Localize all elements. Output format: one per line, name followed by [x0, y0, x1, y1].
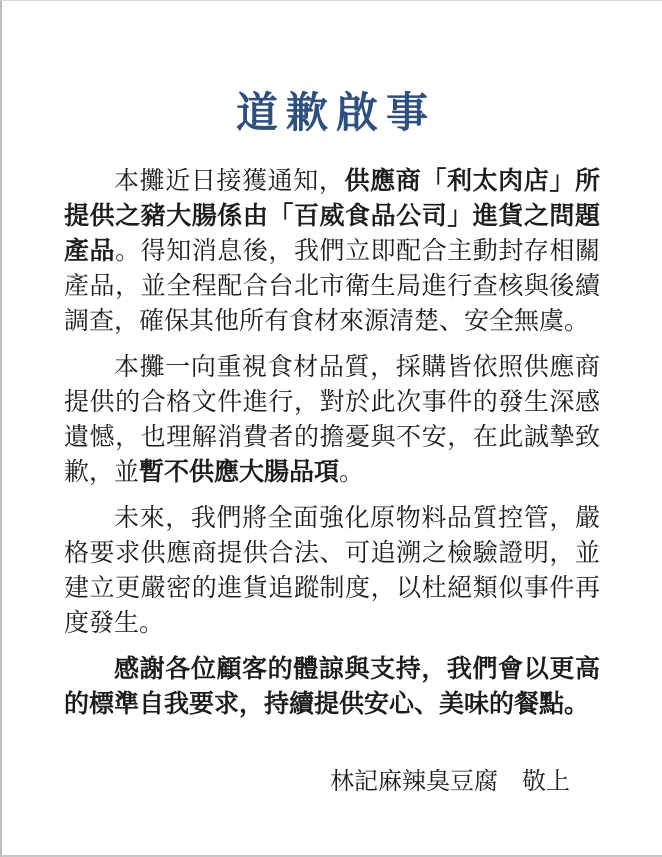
- paragraph-thanks-bold: 感謝各位顧客的體諒與支持，我們會以更高的標準自我要求，持續提供安心、美味的餐點。: [64, 656, 600, 718]
- paragraph-incident: 本攤近日接獲通知，供應商「利太肉店」所提供之豬大腸係由「百威食品公司」進貨之問題…: [64, 164, 600, 339]
- apology-notice-page: 道歉啟事 本攤近日接獲通知，供應商「利太肉店」所提供之豬大腸係由「百威食品公司」…: [0, 0, 662, 857]
- signature-line: 林記麻辣臭豆腐 敬上: [64, 766, 600, 798]
- paragraph-apology-period: 。: [339, 459, 364, 486]
- notice-title: 道歉啟事: [64, 87, 600, 142]
- paragraph-future-measures: 未來，我們將全面強化原物料品質控管，嚴格要求供應商提供合法、可追溯之檢驗證明，並…: [64, 501, 600, 641]
- paragraph-thanks: 感謝各位顧客的體諒與支持，我們會以更高的標準自我要求，持續提供安心、美味的餐點。: [64, 652, 600, 722]
- paragraph-incident-response: 。得知消息後，我們立即配合主動封存相關產品，並全程配合台北市衛生局進行查核與後續…: [64, 238, 600, 335]
- paragraph-future-measures-text: 未來，我們將全面強化原物料品質控管，嚴格要求供應商提供合法、可追溯之檢驗證明，並…: [64, 505, 600, 637]
- paragraph-apology-suspend-bold: 暫不供應大腸品項: [139, 459, 339, 486]
- paragraph-apology: 本攤一向重視食材品質，採購皆依照供應商提供的合格文件進行，對於此次事件的發生深感…: [64, 350, 600, 490]
- paragraph-incident-lead: 本攤近日接獲通知，: [114, 168, 345, 195]
